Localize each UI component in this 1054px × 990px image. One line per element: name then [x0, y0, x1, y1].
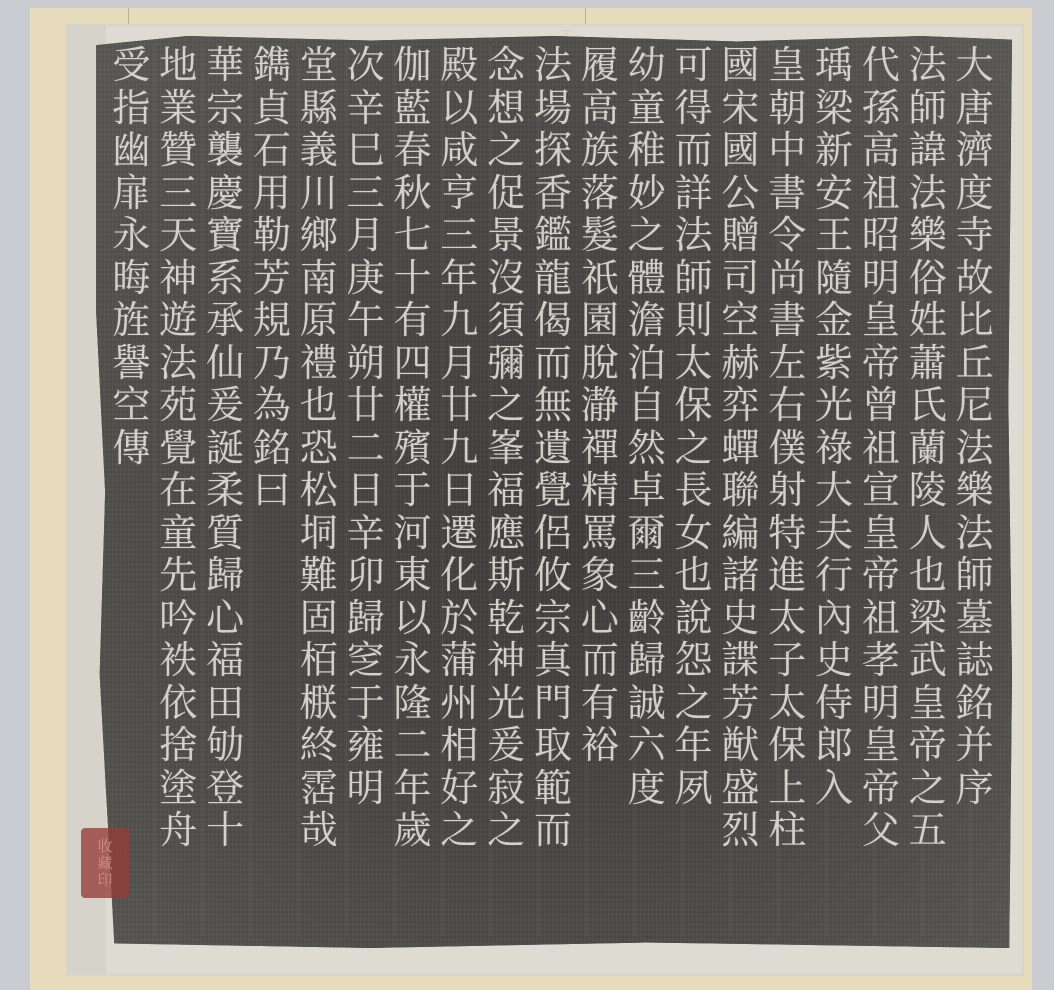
glyph: 宗 — [534, 597, 572, 640]
glyph: 柱 — [768, 809, 806, 852]
glyph: 探 — [534, 129, 572, 172]
glyph: 體 — [628, 257, 666, 300]
glyph: 亨 — [440, 172, 478, 215]
inscription-column: 瑀梁新安王隨金紫光祿大夫行內史侍郎入 — [811, 44, 858, 944]
glyph: 福 — [206, 639, 244, 682]
glyph: 而 — [534, 809, 572, 852]
glyph: 二 — [393, 724, 431, 767]
glyph: 皇 — [862, 512, 900, 555]
glyph: 特 — [768, 512, 806, 555]
inscription-column: 殿以咸亨三年九月廿九日遷化於蒲州相好之 — [436, 44, 483, 944]
glyph: 促 — [487, 172, 525, 215]
inscription-column: 念想之促景沒須彌之峯福應斯乾神光爰寂之 — [483, 44, 530, 944]
glyph: 髮 — [581, 214, 619, 257]
glyph: 貞 — [253, 87, 291, 130]
glyph: 太 — [768, 597, 806, 640]
glyph: 祖 — [862, 427, 900, 470]
glyph: 範 — [534, 767, 572, 810]
glyph: 編 — [721, 512, 759, 555]
glyph: 內 — [815, 597, 853, 640]
glyph: 福 — [487, 469, 525, 512]
inscription-column: 受指幽扉永晦旌譽空傳 — [108, 44, 155, 944]
glyph: 柔 — [206, 469, 244, 512]
glyph: 書 — [768, 172, 806, 215]
glyph: 蟬 — [721, 427, 759, 470]
glyph: 園 — [581, 299, 619, 342]
glyph: 梁 — [815, 87, 853, 130]
glyph: 次 — [347, 44, 385, 87]
glyph: 蘭 — [909, 427, 947, 470]
glyph: 門 — [534, 682, 572, 725]
glyph: 朝 — [768, 87, 806, 130]
glyph: 五 — [909, 809, 947, 852]
glyph: 明 — [347, 767, 385, 810]
glyph: 則 — [675, 299, 713, 342]
glyph: 陵 — [909, 469, 947, 512]
glyph: 象 — [581, 554, 619, 597]
glyph: 難 — [300, 554, 338, 597]
glyph: 王 — [815, 214, 853, 257]
glyph: 中 — [768, 129, 806, 172]
glyph: 咸 — [440, 129, 478, 172]
glyph: 神 — [159, 257, 197, 300]
glyph: 射 — [768, 469, 806, 512]
glyph: 法 — [534, 44, 572, 87]
glyph: 年 — [675, 724, 713, 767]
glyph: 攸 — [534, 554, 572, 597]
glyph: 年 — [440, 257, 478, 300]
glyph: 贈 — [721, 214, 759, 257]
glyph: 侶 — [534, 512, 572, 555]
glyph: 孝 — [862, 639, 900, 682]
glyph: 宋 — [721, 87, 759, 130]
glyph: 寶 — [206, 214, 244, 257]
glyph: 雍 — [347, 724, 385, 767]
glyph: 諸 — [721, 554, 759, 597]
inscription-column: 華宗襲慶寶系承仙爰誕柔質歸心福田劬登十 — [202, 44, 249, 944]
glyph: 好 — [440, 767, 478, 810]
inscription-column: 國宋國公贈司空赫弈蟬聯編諸史諜芳猷盛烈 — [717, 44, 764, 944]
glyph: 廿 — [347, 384, 385, 427]
glyph: 脫 — [581, 342, 619, 385]
glyph: 樂 — [956, 469, 994, 512]
glyph: 隨 — [815, 257, 853, 300]
glyph: 禮 — [300, 342, 338, 385]
glyph: 帝 — [862, 554, 900, 597]
glyph: 師 — [909, 87, 947, 130]
glyph: 宣 — [862, 469, 900, 512]
glyph: 南 — [300, 257, 338, 300]
glyph: 赫 — [721, 342, 759, 385]
glyph: 烈 — [721, 809, 759, 852]
glyph: 入 — [815, 767, 853, 810]
glyph: 伽 — [393, 44, 431, 87]
glyph: 㮳 — [300, 682, 338, 725]
glyph: 場 — [534, 87, 572, 130]
glyph: 誕 — [206, 427, 244, 470]
glyph: 曰 — [253, 469, 291, 512]
glyph: 書 — [768, 299, 806, 342]
glyph: 鐫 — [253, 44, 291, 87]
glyph: 國 — [721, 44, 759, 87]
glyph: 苑 — [159, 384, 197, 427]
glyph: 歸 — [206, 554, 244, 597]
glyph: 自 — [628, 384, 666, 427]
glyph: 廿 — [440, 384, 478, 427]
glyph: 人 — [909, 512, 947, 555]
inscription-column: 幼童稚妙之體澹泊自然卓爾三齡歸誠六度 — [623, 44, 670, 944]
glyph: 依 — [159, 682, 197, 725]
inscription-column: 法場探香鑑龍偈而無遺覺侶攸宗真門取範而 — [530, 44, 577, 944]
glyph: 得 — [675, 87, 713, 130]
glyph: 以 — [393, 597, 431, 640]
glyph: 明 — [862, 257, 900, 300]
glyph: 景 — [487, 214, 525, 257]
glyph: 曾 — [862, 384, 900, 427]
glyph: 承 — [206, 299, 244, 342]
glyph: 應 — [487, 512, 525, 555]
glyph: 僕 — [768, 427, 806, 470]
glyph: 偈 — [534, 299, 572, 342]
glyph: 祖 — [862, 597, 900, 640]
inscription-column: 次辛巳三月庚午朔廿二日辛卯歸窆于雍明 — [342, 44, 389, 944]
glyph: 春 — [393, 129, 431, 172]
glyph: 諱 — [909, 129, 947, 172]
glyph: 川 — [300, 172, 338, 215]
glyph: 然 — [628, 427, 666, 470]
glyph: 誠 — [628, 682, 666, 725]
glyph: 舟 — [159, 809, 197, 852]
glyph: 說 — [675, 597, 713, 640]
glyph: 乃 — [253, 342, 291, 385]
glyph: 銘 — [253, 427, 291, 470]
glyph: 祿 — [815, 427, 853, 470]
glyph: 河 — [393, 512, 431, 555]
glyph: 龍 — [534, 257, 572, 300]
glyph: 爰 — [206, 384, 244, 427]
glyph: 午 — [347, 299, 385, 342]
glyph: 尼 — [956, 384, 994, 427]
glyph: 歲 — [393, 809, 431, 852]
glyph: 二 — [347, 427, 385, 470]
glyph: 之 — [675, 427, 713, 470]
glyph: 垌 — [300, 512, 338, 555]
glyph: 澹 — [628, 299, 666, 342]
glyph: 之 — [487, 129, 525, 172]
glyph: 義 — [300, 129, 338, 172]
glyph: 東 — [393, 554, 431, 597]
glyph: 心 — [206, 597, 244, 640]
glyph: 史 — [721, 597, 759, 640]
glyph: 于 — [347, 682, 385, 725]
glyph: 斯 — [487, 554, 525, 597]
glyph: 代 — [862, 44, 900, 87]
glyph: 諜 — [721, 639, 759, 682]
glyph: 法 — [159, 342, 197, 385]
glyph: 裕 — [581, 724, 619, 767]
glyph: 念 — [487, 44, 525, 87]
glyph: 譽 — [112, 342, 150, 385]
glyph: 銘 — [956, 682, 994, 725]
glyph: 恐 — [300, 427, 338, 470]
glyph: 蒲 — [440, 639, 478, 682]
glyph: 固 — [300, 597, 338, 640]
glyph: 吟 — [159, 597, 197, 640]
glyph: 塗 — [159, 767, 197, 810]
glyph: 夫 — [815, 512, 853, 555]
glyph: 公 — [721, 172, 759, 215]
glyph: 度 — [628, 767, 666, 810]
glyph: 而 — [675, 129, 713, 172]
glyph: 用 — [253, 172, 291, 215]
glyph: 履 — [581, 44, 619, 87]
glyph: 行 — [815, 554, 853, 597]
glyph: 光 — [815, 384, 853, 427]
glyph: 真 — [534, 639, 572, 682]
glyph: 扉 — [112, 172, 150, 215]
glyph: 登 — [206, 767, 244, 810]
glyph: 芳 — [721, 682, 759, 725]
glyph: 哉 — [300, 809, 338, 852]
glyph: 唐 — [956, 87, 994, 130]
glyph: 終 — [300, 724, 338, 767]
glyph: 彌 — [487, 342, 525, 385]
glyph: 瑀 — [815, 44, 853, 87]
glyph: 月 — [440, 342, 478, 385]
glyph: 想 — [487, 87, 525, 130]
glyph: 卯 — [347, 554, 385, 597]
glyph: 化 — [440, 554, 478, 597]
glyph: 侍 — [815, 682, 853, 725]
glyph: 永 — [112, 214, 150, 257]
glyph: 禪 — [581, 427, 619, 470]
glyph: 可 — [675, 44, 713, 87]
glyph: 隆 — [393, 682, 431, 725]
glyph: 長 — [675, 469, 713, 512]
glyph: 三 — [347, 172, 385, 215]
glyph: 年 — [393, 767, 431, 810]
glyph: 傳 — [112, 427, 150, 470]
glyph: 乾 — [487, 597, 525, 640]
glyph: 法 — [909, 44, 947, 87]
glyph: 遺 — [534, 427, 572, 470]
glyph: 沒 — [487, 257, 525, 300]
glyph: 鄉 — [300, 214, 338, 257]
glyph: 司 — [721, 257, 759, 300]
glyph: 堂 — [300, 44, 338, 87]
glyph: 相 — [440, 724, 478, 767]
glyph: 瀞 — [581, 384, 619, 427]
glyph: 地 — [159, 44, 197, 87]
glyph: 童 — [159, 512, 197, 555]
glyph: 法 — [956, 427, 994, 470]
glyph: 進 — [768, 554, 806, 597]
glyph: 太 — [768, 682, 806, 725]
glyph: 大 — [956, 44, 994, 87]
glyph: 朔 — [347, 342, 385, 385]
glyph: 七 — [393, 214, 431, 257]
glyph: 捨 — [159, 724, 197, 767]
glyph: 帝 — [862, 767, 900, 810]
glyph: 宗 — [206, 87, 244, 130]
glyph: 縣 — [300, 87, 338, 130]
glyph: 之 — [675, 682, 713, 725]
inscription-column: 代孫高祖昭明皇帝曾祖宣皇帝祖孝明皇帝父 — [857, 44, 904, 944]
glyph: 秋 — [393, 172, 431, 215]
glyph: 三 — [159, 172, 197, 215]
glyph: 辛 — [347, 87, 385, 130]
glyph: 安 — [815, 172, 853, 215]
inscription-text: 大唐濟度寺故比丘尼法樂法師墓誌銘并序法師諱法樂俗姓蕭氏蘭陵人也梁武皇帝之五代孫高… — [108, 44, 998, 944]
glyph: 之 — [487, 384, 525, 427]
glyph: 窆 — [347, 639, 385, 682]
glyph: 受 — [112, 44, 150, 87]
glyph: 墓 — [956, 597, 994, 640]
glyph: 殯 — [393, 427, 431, 470]
glyph: 也 — [300, 384, 338, 427]
glyph: 帝 — [862, 342, 900, 385]
glyph: 巳 — [347, 129, 385, 172]
glyph: 女 — [675, 512, 713, 555]
glyph: 四 — [393, 342, 431, 385]
glyph: 鑑 — [534, 214, 572, 257]
glyph: 梁 — [909, 597, 947, 640]
glyph: 妙 — [628, 172, 666, 215]
glyph: 大 — [815, 469, 853, 512]
glyph: 仙 — [206, 342, 244, 385]
glyph: 皇 — [862, 724, 900, 767]
glyph: 爾 — [628, 512, 666, 555]
glyph: 霑 — [300, 767, 338, 810]
glyph: 法 — [675, 214, 713, 257]
glyph: 昭 — [862, 214, 900, 257]
glyph: 三 — [440, 214, 478, 257]
glyph: 規 — [253, 299, 291, 342]
glyph: 日 — [347, 469, 385, 512]
glyph: 俗 — [909, 257, 947, 300]
glyph: 誌 — [956, 639, 994, 682]
glyph: 祖 — [862, 172, 900, 215]
glyph: 金 — [815, 299, 853, 342]
glyph: 齡 — [628, 597, 666, 640]
glyph: 月 — [347, 214, 385, 257]
glyph: 芳 — [253, 257, 291, 300]
glyph: 光 — [487, 682, 525, 725]
glyph: 樂 — [909, 214, 947, 257]
glyph: 覺 — [159, 427, 197, 470]
inscription-column: 法師諱法樂俗姓蕭氏蘭陵人也梁武皇帝之五 — [904, 44, 951, 944]
glyph: 覺 — [534, 469, 572, 512]
glyph: 卓 — [628, 469, 666, 512]
glyph: 新 — [815, 129, 853, 172]
glyph: 盛 — [721, 767, 759, 810]
glyph: 業 — [159, 87, 197, 130]
glyph: 高 — [581, 87, 619, 130]
glyph: 於 — [440, 597, 478, 640]
glyph: 襲 — [206, 129, 244, 172]
inscription-column: 堂縣義川鄉南原禮也恐松垌難固栢㮳終霑哉 — [295, 44, 342, 944]
glyph: 子 — [768, 639, 806, 682]
glyph: 法 — [956, 512, 994, 555]
glyph: 日 — [440, 469, 478, 512]
glyph: 庚 — [347, 257, 385, 300]
glyph: 比 — [956, 299, 994, 342]
glyph: 于 — [393, 469, 431, 512]
glyph: 濟 — [956, 129, 994, 172]
glyph: 令 — [768, 214, 806, 257]
glyph: 郎 — [815, 724, 853, 767]
inscription-column: 地業贊三天神遊法苑覺在童先吟袟依捨塗舟 — [155, 44, 202, 944]
glyph: 而 — [534, 342, 572, 385]
glyph: 族 — [581, 129, 619, 172]
glyph: 有 — [393, 299, 431, 342]
glyph: 以 — [440, 87, 478, 130]
glyph: 松 — [300, 469, 338, 512]
glyph: 太 — [675, 342, 713, 385]
glyph: 九 — [440, 427, 478, 470]
glyph: 寂 — [487, 767, 525, 810]
glyph: 永 — [393, 639, 431, 682]
glyph: 國 — [721, 129, 759, 172]
glyph: 之 — [628, 214, 666, 257]
inscription-column: 大唐濟度寺故比丘尼法樂法師墓誌銘并序 — [951, 44, 998, 944]
inscription-column: 可得而詳法師則太保之長女也說怨之年夙 — [670, 44, 717, 944]
glyph: 落 — [581, 172, 619, 215]
glyph: 紫 — [815, 342, 853, 385]
glyph: 贊 — [159, 129, 197, 172]
glyph: 遊 — [159, 299, 197, 342]
inscription-column: 皇朝中書令尚書左右僕射特進太子太保上柱 — [764, 44, 811, 944]
glyph: 六 — [628, 724, 666, 767]
collector-seal: 收藏印 — [81, 828, 129, 898]
glyph: 皇 — [768, 44, 806, 87]
glyph: 原 — [300, 299, 338, 342]
glyph: 旌 — [112, 299, 150, 342]
glyph: 童 — [628, 87, 666, 130]
glyph: 先 — [159, 554, 197, 597]
glyph: 劬 — [206, 724, 244, 767]
glyph: 香 — [534, 172, 572, 215]
glyph: 之 — [487, 809, 525, 852]
glyph: 姓 — [909, 299, 947, 342]
glyph: 天 — [159, 214, 197, 257]
glyph: 而 — [581, 639, 619, 682]
glyph: 序 — [956, 767, 994, 810]
glyph: 之 — [440, 809, 478, 852]
glyph: 右 — [768, 384, 806, 427]
inscription-column: 伽藍春秋七十有四權殯于河東以永隆二年歲 — [389, 44, 436, 944]
glyph: 帝 — [909, 724, 947, 767]
glyph: 精 — [581, 469, 619, 512]
glyph: 遷 — [440, 512, 478, 555]
glyph: 父 — [862, 809, 900, 852]
glyph: 辛 — [347, 512, 385, 555]
glyph: 取 — [534, 724, 572, 767]
glyph: 稚 — [628, 129, 666, 172]
glyph: 無 — [534, 384, 572, 427]
glyph: 高 — [862, 129, 900, 172]
glyph: 幽 — [112, 129, 150, 172]
glyph: 氏 — [909, 384, 947, 427]
glyph: 州 — [440, 682, 478, 725]
glyph: 師 — [956, 554, 994, 597]
glyph: 神 — [487, 639, 525, 682]
glyph: 聯 — [721, 469, 759, 512]
glyph: 三 — [628, 554, 666, 597]
glyph: 并 — [956, 724, 994, 767]
glyph: 之 — [909, 767, 947, 810]
inscription-column: 履高族落髮祇園脫瀞禪精罵象心而有裕 — [576, 44, 623, 944]
